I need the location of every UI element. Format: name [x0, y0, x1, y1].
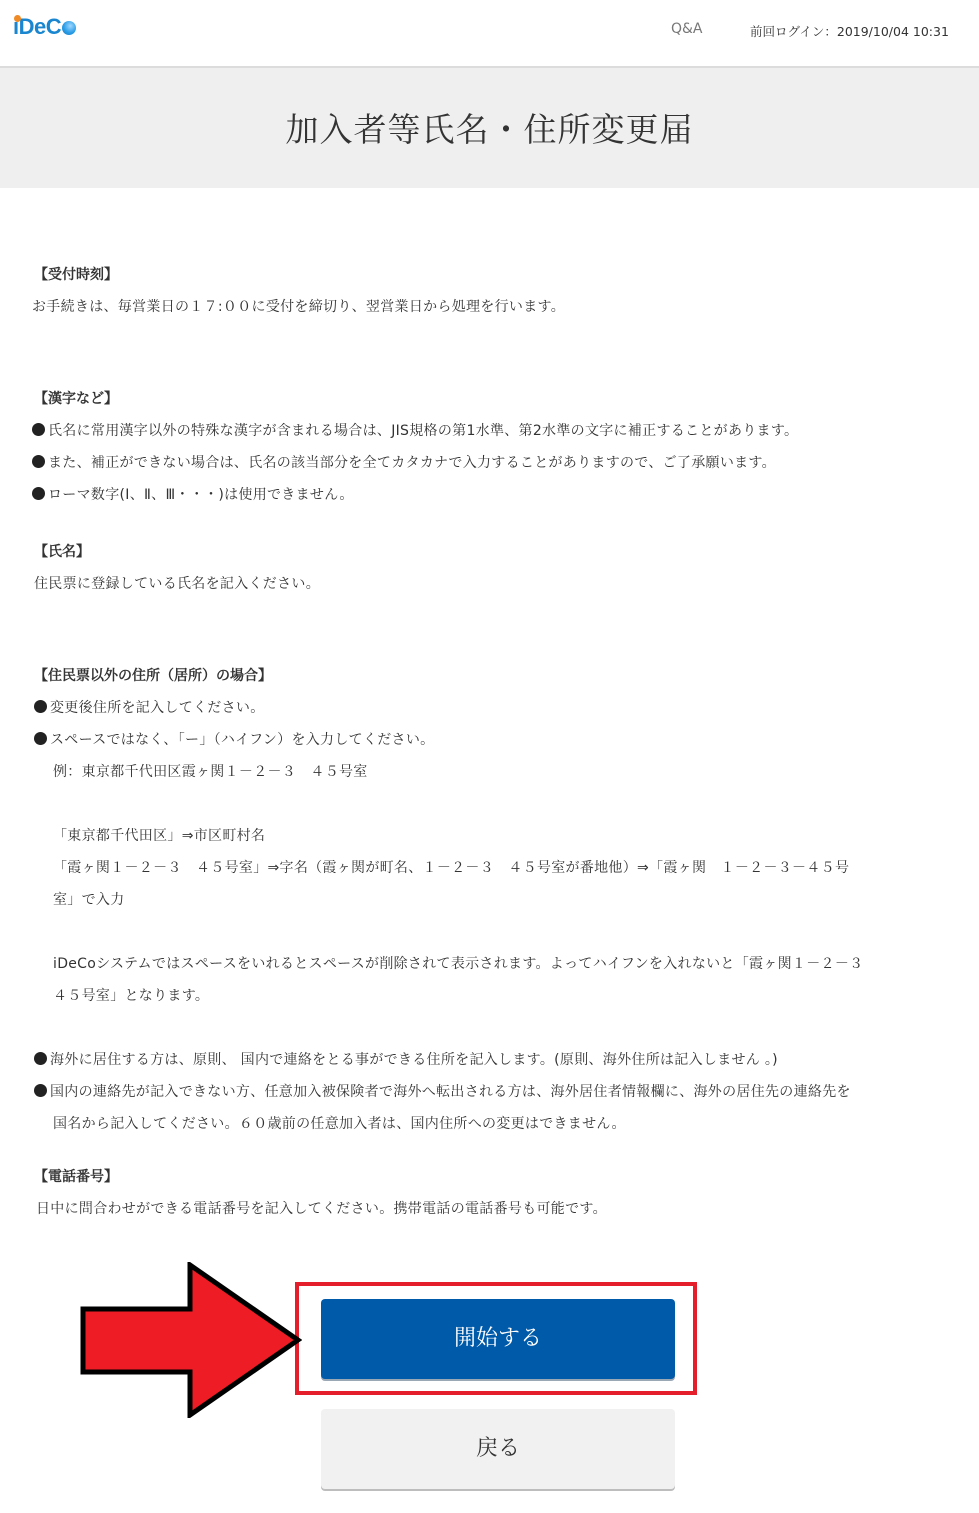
start-button[interactable]: 開始する	[321, 1299, 675, 1379]
last-login-text: 前回ログイン：2019/10/04 10:31	[750, 22, 949, 40]
ideco-logo[interactable]: iDeC	[13, 14, 76, 40]
section-title-reception: 【受付時刻】	[34, 264, 118, 284]
bullet-icon	[34, 1052, 47, 1065]
logo-ball-icon	[62, 21, 76, 35]
address-note-b: ４５号室」となります。	[53, 985, 209, 1005]
section-title-phone: 【電話番号】	[34, 1166, 118, 1186]
address-bullet-3: 海外に居住する方は、原則、 国内で連絡をとる事ができる住所を記入します。(原則、…	[34, 1049, 778, 1069]
name-text: 住民票に登録している氏名を記入ください。	[34, 573, 320, 593]
kanji-bullet-3: ローマ数字(Ⅰ、Ⅱ、Ⅲ・・・)は使用できません。	[32, 484, 354, 504]
phone-text: 日中に問合わせができる電話番号を記入してください。携帯電話の電話番号も可能です。	[36, 1198, 607, 1218]
annotation-arrow-icon	[80, 1262, 302, 1418]
bullet-icon	[32, 455, 45, 468]
page-title: 加入者等氏名・住所変更届	[0, 104, 979, 151]
qa-link[interactable]: Q&A	[671, 21, 703, 37]
section-title-address: 【住民票以外の住所（居所）の場合】	[34, 665, 272, 685]
address-example: 例：東京都千代田区霞ヶ関１－２－３ ４５号室	[53, 761, 368, 781]
title-band: 加入者等氏名・住所変更届	[0, 68, 979, 188]
address-explain-2a: 「霞ヶ関１－２－３ ４５号室」⇒字名（霞ヶ関が町名、１－２－３ ４５号室が番地他…	[53, 857, 849, 877]
kanji-bullet-1: 氏名に常用漢字以外の特殊な漢字が含まれる場合は、JIS規格の第1水準、第2水準の…	[32, 420, 798, 440]
section-title-kanji: 【漢字など】	[34, 388, 118, 408]
bullet-icon	[32, 423, 45, 436]
back-button[interactable]: 戻る	[321, 1409, 675, 1489]
bullet-icon	[32, 487, 45, 500]
address-bullet-4: 国内の連絡先が記入できない方、任意加入被保険者で海外へ転出される方は、海外居住者…	[34, 1081, 851, 1101]
address-explain-1: 「東京都千代田区」⇒市区町村名	[53, 825, 265, 845]
logo-dot-icon	[14, 15, 21, 22]
reception-text: お手続きは、毎営業日の１７:００に受付を締切り、翌営業日から処理を行います。	[32, 296, 565, 316]
section-title-name: 【氏名】	[34, 541, 90, 561]
address-bullet-1: 変更後住所を記入してください。	[34, 697, 265, 717]
bullet-icon	[34, 700, 47, 713]
address-bullet-4-cont: 国名から記入してください。６０歳前の任意加入者は、国内住所への変更はできません。	[53, 1113, 626, 1133]
address-bullet-2: スペースではなく、「ー」（ハイフン）を入力してください。	[34, 729, 434, 749]
bullet-icon	[34, 732, 47, 745]
address-explain-2b: 室」で入力	[53, 889, 125, 909]
top-header: iDeC Q&A 前回ログイン：2019/10/04 10:31	[0, 0, 979, 68]
kanji-bullet-2: また、補正ができない場合は、氏名の該当部分を全てカタカナで入力することがあります…	[32, 452, 776, 472]
bullet-icon	[34, 1084, 47, 1097]
address-note-a: iDeCoシステムではスペースをいれるとスペースが削除されて表示されます。よって…	[53, 953, 863, 973]
